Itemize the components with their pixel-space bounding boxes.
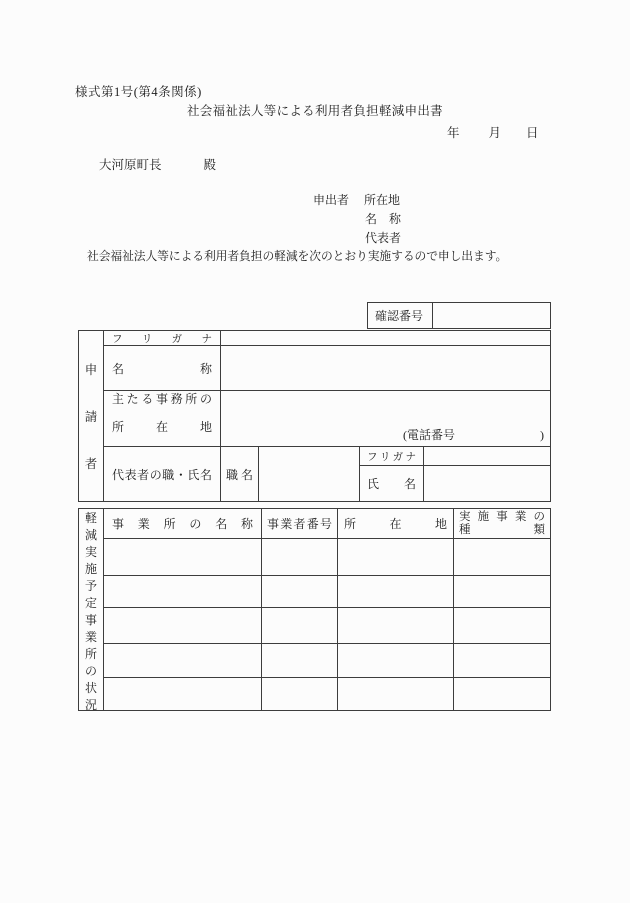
applicant-table: 申請者 フリガナ 名称 主たる事務所の 所在地 xyxy=(78,330,551,502)
offices-table: 軽減実施予定事業所の状況 事業所の名称 事業者番号 所在地 実施事業の 種類 xyxy=(78,508,551,711)
representative-name-label-cell: 氏名 xyxy=(360,466,424,501)
applicant-address-label: 所在地 xyxy=(364,193,400,207)
date-line: 年 月 日 xyxy=(447,123,539,141)
date-day-label: 日 xyxy=(526,123,539,141)
office-name-field[interactable] xyxy=(104,678,262,710)
representative-furigana-field[interactable] xyxy=(424,447,550,465)
office-number-field[interactable] xyxy=(262,539,338,575)
furigana-label: フリガナ xyxy=(112,331,212,346)
representative-furigana-row: フリガナ xyxy=(360,447,550,466)
office-number-header: 事業者番号 xyxy=(267,515,332,532)
applicant-representative-label: 代表者 xyxy=(365,229,401,246)
office-number-field[interactable] xyxy=(262,608,338,643)
office-address-row: 主たる事務所の 所在地 (電話番号 ) xyxy=(104,391,550,447)
office-name-header-cell: 事業所の名称 xyxy=(104,509,262,538)
business-type-field[interactable] xyxy=(454,644,550,677)
office-number-header-cell: 事業者番号 xyxy=(262,509,338,538)
office-name-field[interactable] xyxy=(104,539,262,575)
form-number: 様式第1号(第4条関係) xyxy=(75,82,202,100)
name-field[interactable] xyxy=(221,346,550,390)
office-number-field[interactable] xyxy=(262,644,338,677)
office-number-field[interactable] xyxy=(262,576,338,607)
office-address-header-cell: 所在地 xyxy=(338,509,454,538)
confirmation-number-label: 確認番号 xyxy=(375,307,423,324)
declaration-text: 社会福祉法人等による利用者負担の軽減を次のとおり実施するので申し出ます。 xyxy=(87,247,507,264)
offices-section-label: 軽減実施予定事業所の状況 xyxy=(79,509,103,710)
office-address-field[interactable] xyxy=(338,678,454,710)
business-type-header-cell: 実施事業の 種類 xyxy=(454,509,550,538)
form-page: 様式第1号(第4条関係) 社会福祉法人等による利用者負担軽減申出書 年 月 日 … xyxy=(0,0,630,903)
phone-number-label: (電話番号 xyxy=(403,426,455,443)
office-address-label-line2: 所在地 xyxy=(112,419,212,447)
representative-name-label: 氏名 xyxy=(367,475,416,492)
office-name-field[interactable] xyxy=(104,576,262,607)
office-address-field[interactable] xyxy=(338,644,454,677)
office-address-field[interactable] xyxy=(338,608,454,643)
office-address-label-line1: 主たる事務所の xyxy=(112,391,212,419)
furigana-label-cell: フリガナ xyxy=(104,331,221,345)
applicant-section-label-cell: 申請者 xyxy=(79,331,104,501)
applicant-section-label: 申請者 xyxy=(79,331,103,501)
addressee-honorific: 殿 xyxy=(204,158,217,172)
office-number-field[interactable] xyxy=(262,678,338,710)
name-label-cell: 名称 xyxy=(104,346,221,390)
business-type-field[interactable] xyxy=(454,678,550,710)
representative-row: 代表者の職・氏名 職名 フリガナ 氏名 xyxy=(104,447,550,501)
offices-header-row: 事業所の名称 事業者番号 所在地 実施事業の 種類 xyxy=(104,509,550,539)
business-type-field[interactable] xyxy=(454,539,550,575)
confirmation-number-box: 確認番号 xyxy=(367,302,551,329)
office-row-4 xyxy=(104,644,550,678)
furigana-row: フリガナ xyxy=(104,331,550,346)
job-title-field[interactable] xyxy=(259,447,360,501)
business-type-header-line2: 種類 xyxy=(459,524,545,537)
date-month-label: 月 xyxy=(489,123,502,141)
representative-furigana-label: フリガナ xyxy=(367,449,416,464)
confirmation-number-field[interactable] xyxy=(433,303,550,328)
representative-name-row: 氏名 xyxy=(360,466,550,501)
representative-furigana-label-cell: フリガナ xyxy=(360,447,424,465)
phone-number-line: (電話番号 ) xyxy=(403,426,544,443)
office-address-header: 所在地 xyxy=(344,515,447,532)
office-address-field[interactable] xyxy=(338,539,454,575)
confirmation-number-label-cell: 確認番号 xyxy=(368,303,433,328)
office-name-header: 事業所の名称 xyxy=(112,515,253,532)
addressee-name: 大河原町長 xyxy=(99,158,162,172)
job-title-label-cell: 職名 xyxy=(221,447,259,501)
representative-label: 代表者の職・氏名 xyxy=(112,466,212,483)
office-address-field[interactable] xyxy=(338,576,454,607)
business-type-field[interactable] xyxy=(454,576,550,607)
furigana-field[interactable] xyxy=(221,331,550,345)
offices-section-label-cell: 軽減実施予定事業所の状況 xyxy=(79,509,104,710)
document-title: 社会福祉法人等による利用者負担軽減申出書 xyxy=(0,101,630,119)
office-row-1 xyxy=(104,539,550,576)
office-name-field[interactable] xyxy=(104,608,262,643)
addressee-line: 大河原町長殿 xyxy=(99,155,216,173)
office-address-label-cell: 主たる事務所の 所在地 xyxy=(104,391,221,446)
name-row: 名称 xyxy=(104,346,550,391)
office-row-3 xyxy=(104,608,550,644)
office-address-field[interactable]: (電話番号 ) xyxy=(221,391,550,446)
job-title-label: 職名 xyxy=(226,466,253,483)
applicant-line-1: 申出者所在地 xyxy=(313,191,400,208)
office-name-field[interactable] xyxy=(104,644,262,677)
date-year-label: 年 xyxy=(447,123,460,141)
applicant-label: 申出者 xyxy=(313,193,349,207)
office-row-5 xyxy=(104,678,550,710)
representative-label-cell: 代表者の職・氏名 xyxy=(104,447,221,501)
business-type-header-line1: 実施事業の xyxy=(459,511,545,524)
phone-number-close-paren: ) xyxy=(540,428,544,443)
applicant-name-label: 名 称 xyxy=(365,210,401,227)
office-row-2 xyxy=(104,576,550,608)
name-label: 名称 xyxy=(112,360,212,377)
business-type-field[interactable] xyxy=(454,608,550,643)
representative-name-field[interactable] xyxy=(424,466,550,501)
